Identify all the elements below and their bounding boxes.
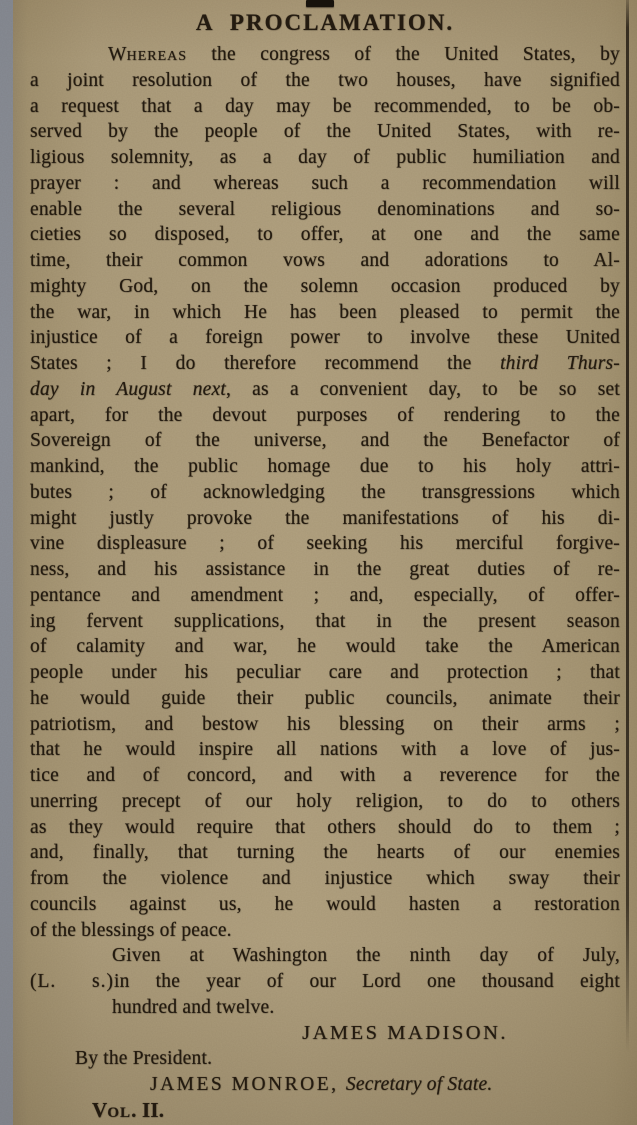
text-line: mighty God, on the solemn occasion produ…: [30, 274, 620, 300]
text-segment: V: [92, 1098, 107, 1122]
text-segment: . II.: [131, 1098, 164, 1122]
text-segment: cieties so disposed, to offer, at one an…: [30, 224, 620, 245]
text-line: ing fervent supplications, that in the p…: [30, 609, 620, 635]
text-line: prayer : and whereas such a recommendati…: [30, 171, 620, 197]
text-segment: third Thurs-: [500, 353, 620, 374]
text-line: of calamity and war, he would take the A…: [30, 634, 620, 660]
text-line: he would guide their public councils, an…: [30, 686, 620, 712]
text-line: unerring precept of our holy religion, t…: [30, 789, 620, 815]
text-segment: he would guide their public councils, an…: [30, 688, 620, 709]
text-segment: of the blessings of peace.: [30, 920, 232, 941]
text-segment: a request that a day may be recommended,…: [30, 96, 620, 117]
seal-line: (L. s.)in the year of our Lord one thous…: [30, 969, 620, 995]
text-segment: injustice of a foreign power to involve …: [30, 327, 620, 348]
signature-madison: JAMES MADISON.: [30, 1021, 620, 1047]
signature-monroe: JAMES MONROE, Secretary of State.: [30, 1072, 620, 1098]
text-segment: time, their common vows and adorations t…: [30, 250, 620, 271]
text-segment: ing fervent supplications, that in the p…: [30, 611, 620, 632]
text-segment: and, finally, that turning the hearts of…: [30, 842, 620, 863]
text-segment: Sovereign of the universe, and the Benef…: [30, 430, 620, 451]
text-line: a joint resolution of the two houses, ha…: [30, 68, 620, 94]
text-segment: Given at Washington the ninth day of Jul…: [112, 945, 620, 966]
text-line: served by the people of the United State…: [30, 119, 620, 145]
text-line: patriotism, and bestow his blessing on t…: [30, 712, 620, 738]
text-line: that he would inspire all nations with a…: [30, 737, 620, 763]
text-segment: hundred and twelve.: [112, 997, 274, 1018]
text-segment: vine displeasure ; of seeking his mercif…: [30, 533, 620, 554]
text-line: time, their common vows and adorations t…: [30, 248, 620, 274]
text-line: and, finally, that turning the hearts of…: [30, 840, 620, 866]
text-line: butes ; of acknowledging the transgressi…: [30, 480, 620, 506]
by-the-president: By the President.: [30, 1046, 620, 1072]
text-segment: butes ; of acknowledging the transgressi…: [30, 482, 620, 503]
text-segment: unerring precept of our holy religion, t…: [30, 791, 620, 812]
text-segment: W: [108, 44, 127, 65]
text-segment: patriotism, and bestow his blessing on t…: [30, 714, 620, 735]
text-line: from the violence and injustice which sw…: [30, 866, 620, 892]
text-segment: , as a convenient day, to be so set: [226, 379, 620, 400]
text-segment: apart, for the devout purposes of render…: [30, 405, 620, 426]
text-segment: in the year of our Lord one thousand eig…: [114, 971, 620, 992]
text-segment: By the President.: [75, 1048, 212, 1069]
text-line: councils against us, he would hasten a r…: [30, 892, 620, 918]
text-segment: of calamity and war, he would take the A…: [30, 636, 620, 657]
text-segment: pentance and amendment ; and, especially…: [30, 585, 620, 606]
text-segment: from the violence and injustice which sw…: [30, 868, 620, 889]
volume-label: Vol. II.: [30, 1098, 620, 1124]
seal-line-text: in the year of our Lord one thousand eig…: [114, 969, 620, 995]
text-line: might justly provoke the manifestations …: [30, 506, 620, 532]
text-line: tice and of concord, and with a reverenc…: [30, 763, 620, 789]
text-line: pentance and amendment ; and, especially…: [30, 583, 620, 609]
text-segment: as they would require that others should…: [30, 817, 620, 838]
dateline: Given at Washington the ninth day of Jul…: [30, 943, 620, 969]
text-segment: enable the several religious denominatio…: [30, 199, 620, 220]
text-line: as they would require that others should…: [30, 815, 620, 841]
text-line: cieties so disposed, to offer, at one an…: [30, 222, 620, 248]
text-segment: might justly provoke the manifestations …: [30, 508, 620, 529]
seal-mark: (L. s.): [30, 969, 114, 995]
text-segment: hereas: [127, 44, 187, 65]
text-segment: ligious solemnity, as a day of public hu…: [30, 147, 620, 168]
text-line: day in August next, as a convenient day,…: [30, 377, 620, 403]
text-line: vine displeasure ; of seeking his mercif…: [30, 531, 620, 557]
text-segment: States ; I do therefore recommend the: [30, 353, 500, 374]
text-segment: tice and of concord, and with a reverenc…: [30, 765, 620, 786]
text-segment: the congress of the United States, by: [187, 44, 620, 65]
scanner-edge-strip: [0, 0, 13, 1125]
text-line: a request that a day may be recommended,…: [30, 94, 620, 120]
text-segment: Secretary of State.: [346, 1074, 493, 1095]
text-segment: ol: [107, 1098, 131, 1122]
text-segment: JAMES MONROE,: [150, 1074, 346, 1095]
text-segment: the war, in which He has been pleased to…: [30, 302, 620, 323]
text-segment: mankind, the public homage due to his ho…: [30, 456, 620, 477]
text-line: mankind, the public homage due to his ho…: [30, 454, 620, 480]
text-line: ligious solemnity, as a day of public hu…: [30, 145, 620, 171]
text-segment: ness, and his assistance in the great du…: [30, 559, 620, 580]
text-line: the war, in which He has been pleased to…: [30, 300, 620, 326]
dateline-continued: hundred and twelve.: [30, 995, 620, 1021]
text-line: apart, for the devout purposes of render…: [30, 403, 620, 429]
proclamation-heading: A PROCLAMATION.: [30, 8, 620, 38]
column-rule: [626, 0, 629, 1052]
text-segment: day in August next: [30, 379, 226, 400]
text-segment: JAMES MADISON.: [302, 1022, 508, 1044]
text-segment: served by the people of the United State…: [30, 121, 620, 142]
text-line: States ; I do therefore recommend the th…: [30, 351, 620, 377]
text-segment: people under his peculiar care and prote…: [30, 662, 620, 683]
text-line: ness, and his assistance in the great du…: [30, 557, 620, 583]
text-line: Whereas the congress of the United State…: [30, 42, 620, 68]
text-segment: prayer : and whereas such a recommendati…: [30, 173, 620, 194]
text-line: Sovereign of the universe, and the Benef…: [30, 428, 620, 454]
text-segment: that he would inspire all nations with a…: [30, 739, 620, 760]
text-segment: councils against us, he would hasten a r…: [30, 894, 620, 915]
text-segment: mighty God, on the solemn occasion produ…: [30, 276, 620, 297]
proclamation-column: A PROCLAMATION. Whereas the congress of …: [30, 6, 620, 1124]
text-segment: a joint resolution of the two houses, ha…: [30, 70, 620, 91]
paragraph-end: of the blessings of peace.: [30, 918, 620, 944]
text-line: injustice of a foreign power to involve …: [30, 325, 620, 351]
text-line: enable the several religious denominatio…: [30, 197, 620, 223]
newspaper-scan-page: A PROCLAMATION. Whereas the congress of …: [0, 0, 637, 1125]
text-line: people under his peculiar care and prote…: [30, 660, 620, 686]
proclamation-body: Whereas the congress of the United State…: [30, 42, 620, 1124]
